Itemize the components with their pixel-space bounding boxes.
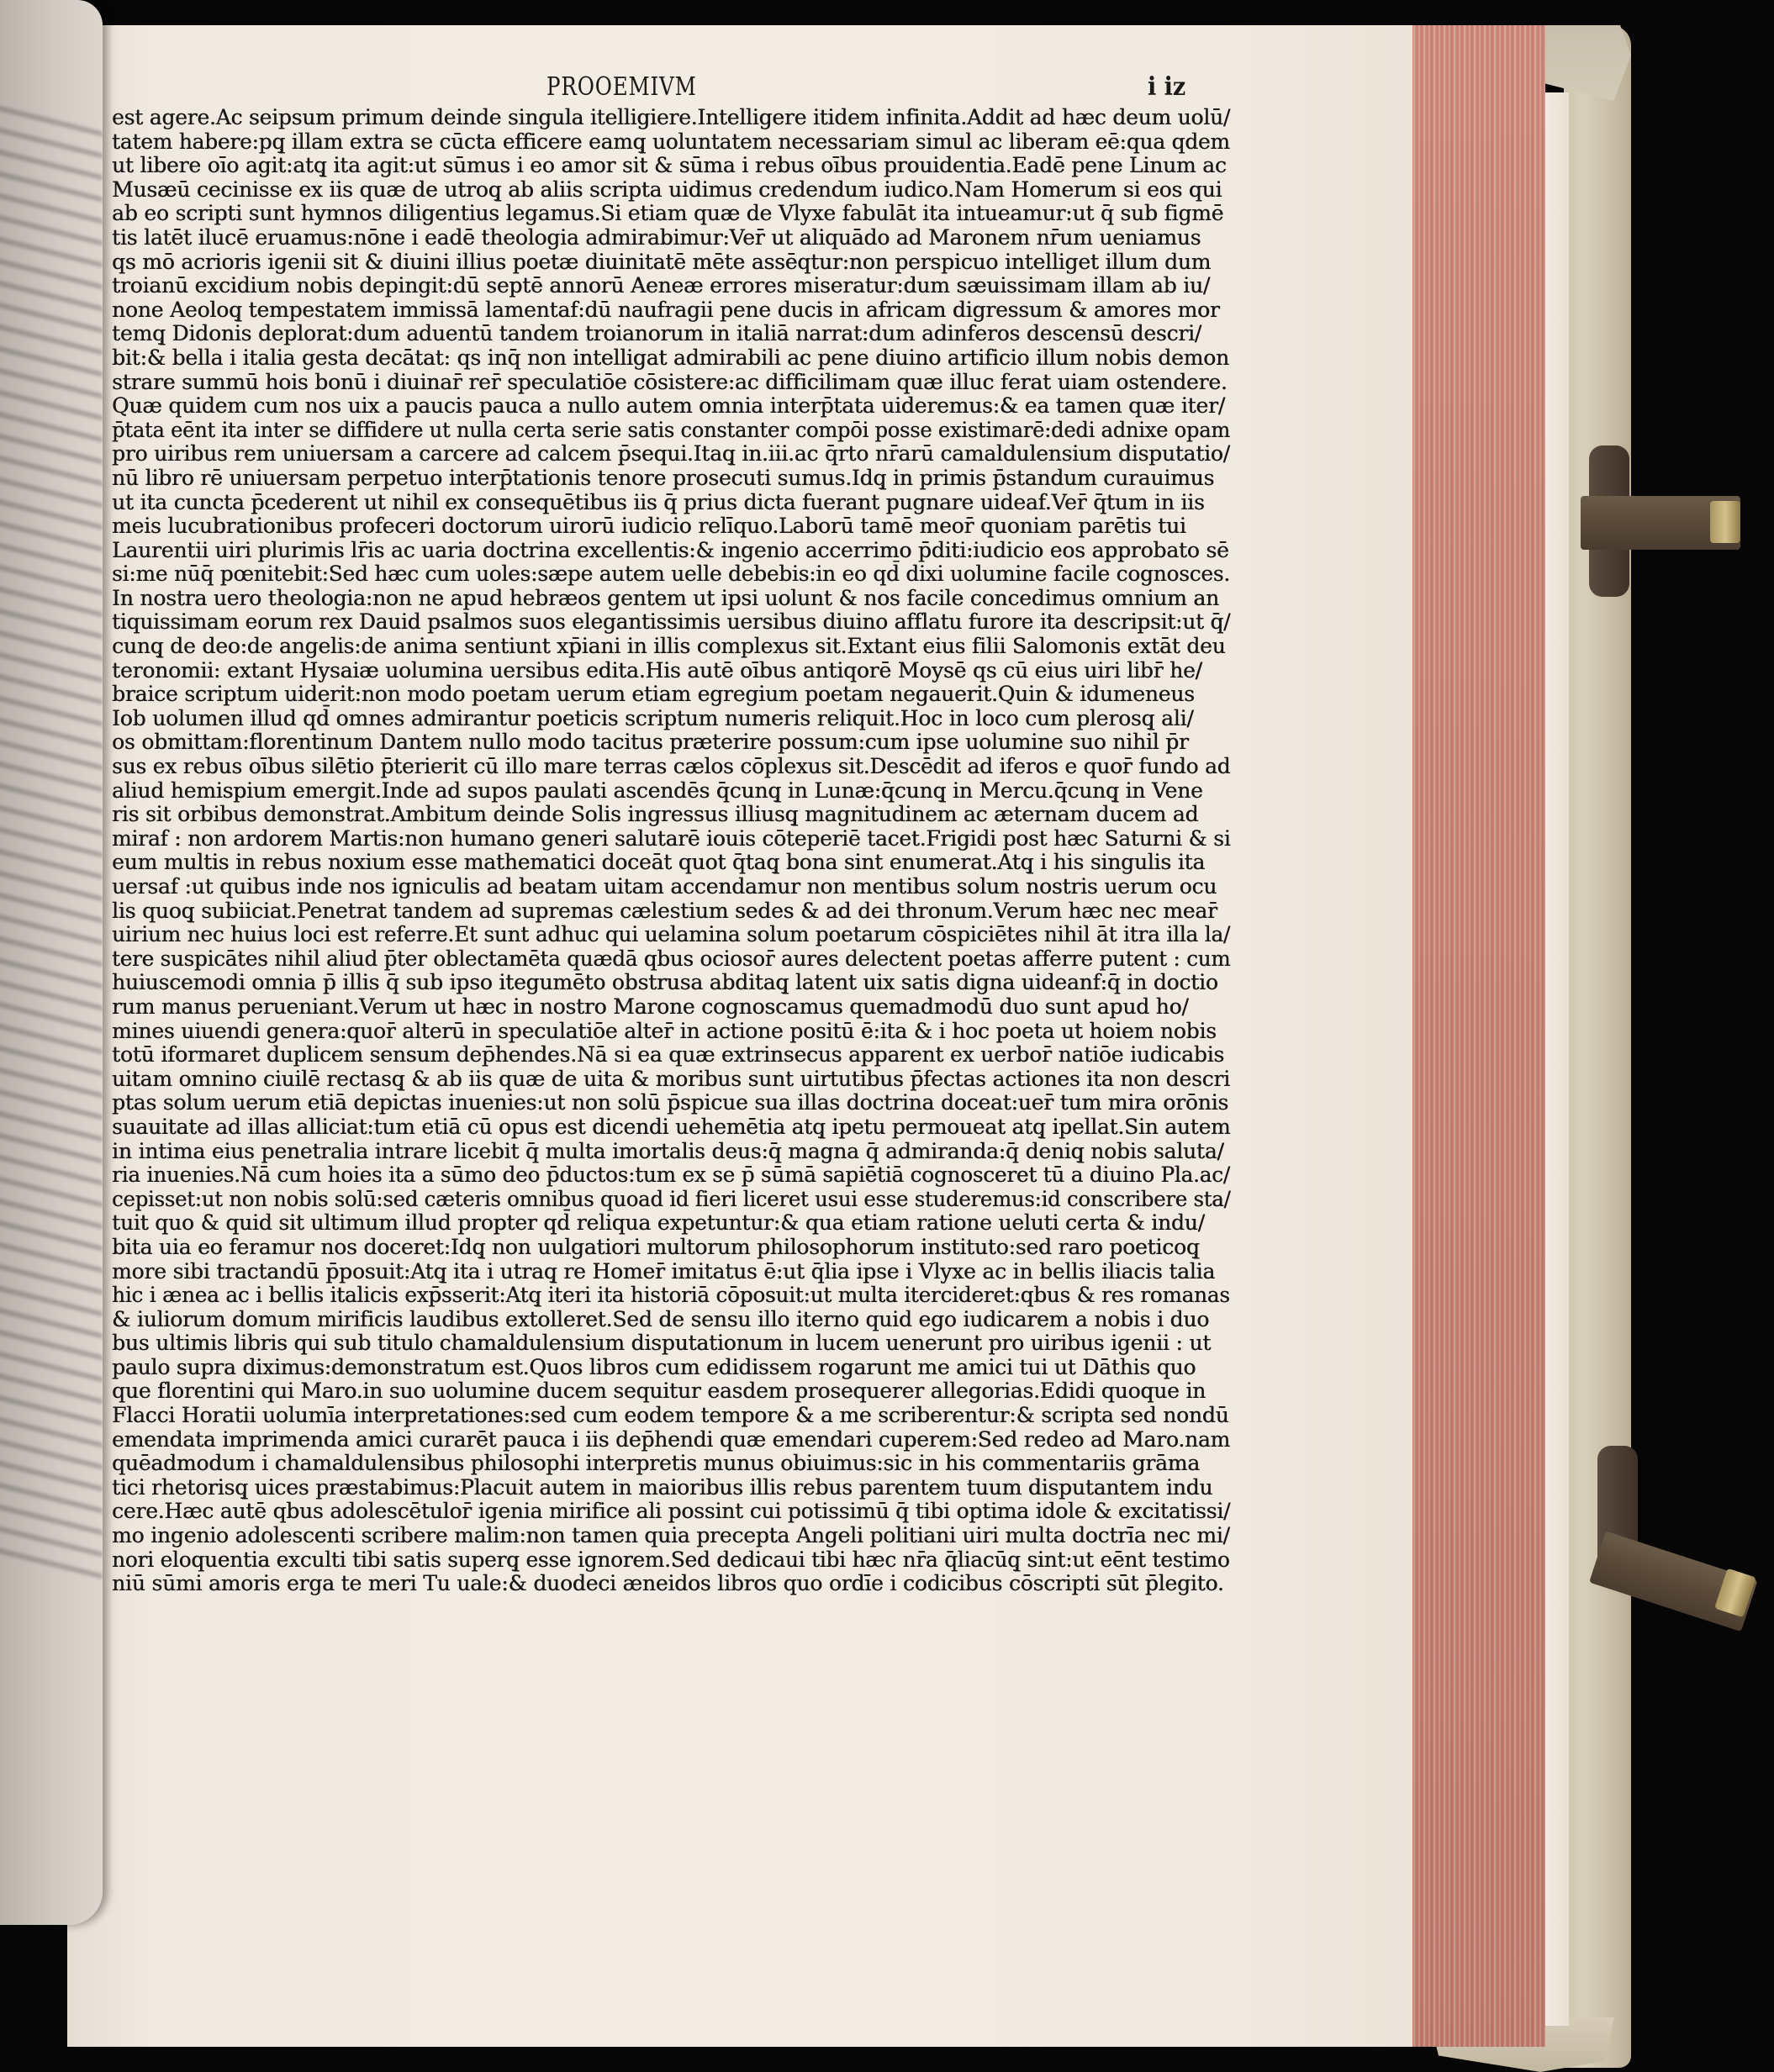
book-scan: PROOEMIVM i iz est agere.Ac seipsum prim… [0, 0, 1774, 2072]
endpaper-edge [1544, 92, 1569, 2026]
text-line: Iob uolumen illud qd̄ omnes admirantur p… [112, 707, 1230, 731]
text-line: si:me nūq̄ pœnitebit:Sed hæc cum uoles:s… [112, 562, 1220, 587]
text-line: teronomii: extant Hysaiæ uolumina uersib… [112, 659, 1230, 683]
text-line: braice scriptum uiderit:non modo poetam … [112, 683, 1230, 707]
text-line: tici rhetorisq̧ uices præstabimus:Placui… [112, 1476, 1230, 1500]
text-line: tis latēt ilucē eruamus:nōne i eadē theo… [112, 226, 1230, 250]
text-line: p̄tata eēnt ita inter se diffidere ut nu… [112, 419, 1189, 443]
text-line: eum multis in rebus noxium esse mathemat… [112, 851, 1230, 875]
text-line: que florentini qui Maro.in suo uolumine … [112, 1379, 1230, 1404]
text-line: paulo supra diximus:demonstratum est.Quo… [112, 1356, 1230, 1380]
text-line: uersaf :ut quibus inde nos igniculis ad … [112, 875, 1230, 899]
clasp-brass-catch [1710, 501, 1740, 543]
text-line: cunq̧ de deo:de angelis:de anima sentiun… [112, 635, 1230, 659]
red-stained-fore-edge [1406, 25, 1545, 2047]
text-line: nū libro rē uniuersam perpetuo interp̄ta… [112, 467, 1230, 491]
text-line: miraf : non ardorem Martis:non humano ge… [112, 827, 1224, 851]
text-line: niū sūmi amoris erga te meri Tu uale:& d… [112, 1572, 1230, 1596]
text-line: rum manus perueniant.Verum ut hæc in nos… [112, 995, 1230, 1020]
running-head-title: PROOEMIVM [546, 72, 697, 102]
text-line: tatem habere:pq̧ illam extra se cūcta ef… [112, 130, 1222, 155]
folio-number: i iz [1148, 72, 1185, 102]
text-line: ris sit orbibus demonstrat.Ambitum deind… [112, 803, 1230, 827]
running-head: PROOEMIVM i iz [67, 72, 1412, 106]
text-line: uirium nec huius loci est referre.Et sun… [112, 923, 1219, 947]
text-line: cere.Hæc autē qbus adolescētulor̄ igenia… [112, 1500, 1228, 1524]
text-line: tiquissimam eorum rex Dauid psalmos suos… [112, 610, 1222, 635]
text-line: tere suspicātes nihil aliud p̄ter oblect… [112, 947, 1210, 972]
text-line: ptas solum uerum etiā depictas inuenies:… [112, 1091, 1230, 1115]
text-line: nori eloquentia exculti tibi satis super… [112, 1548, 1218, 1573]
text-line: mines uiuendi genera:quor̄ alterū in spe… [112, 1020, 1230, 1044]
text-line: totū iformaret duplicem sensum dep̄hende… [112, 1043, 1230, 1068]
text-line: os obmittam:florentinum Dantem nullo mod… [112, 730, 1230, 755]
text-line: lis quoq̧ subiiciat.Penetrat tandem ad s… [112, 899, 1230, 924]
text-line: quēadmodum i chamaldulensibus philosophi… [112, 1452, 1230, 1476]
text-line: qs mō acrioris igenii sit & diuini illiu… [112, 250, 1230, 275]
text-line: none Aeoloq̧ tempestatem immissā lamenta… [112, 298, 1230, 323]
text-line: meis lucubrationibus profeceri doctorum … [112, 514, 1230, 539]
text-line: uitam omnino ciuilē rectasq̧ & ab iis qu… [112, 1068, 1229, 1092]
clasp-top [1581, 446, 1749, 614]
text-line: Laurentii uiri plurimis lr̄is ac uaria d… [112, 539, 1230, 563]
text-line: in intima eius penetralia intrare licebi… [112, 1140, 1230, 1164]
text-line: In nostra uero theologia:non ne apud heb… [112, 587, 1230, 611]
text-line: bus ultimis libris qui sub titulo chamal… [112, 1331, 1230, 1356]
text-line: Quæ quidem cum nos uix a paucis pauca a … [112, 394, 1230, 419]
verso-page-curled [0, 0, 103, 1925]
text-line: Flacci Horatii uolumīa interpretationes:… [112, 1404, 1230, 1428]
text-line: suauitate ad illas alliciat:tum etiā cū … [112, 1115, 1225, 1140]
text-line: cepisset:ut non nobis solū:sed cæteris o… [112, 1188, 1197, 1212]
text-line: strare summū hois bonū i diuinar̄ rer̄ s… [112, 371, 1230, 395]
text-line: & iuliorum domum mirificis laudibus exto… [112, 1308, 1230, 1332]
text-line: temq̧ Didonis deplorat:dum aduentū tande… [112, 322, 1230, 346]
text-line: ut ita cuncta p̄cederent ut nihil ex con… [112, 491, 1230, 515]
text-line: Musæū cecinisse ex iis quæ de utroq̧ ab … [112, 178, 1230, 203]
text-line: emendata imprimenda amici curarēt pauca … [112, 1428, 1228, 1453]
text-line: aliud hemispium emergit.Inde ad supos pa… [112, 779, 1230, 804]
text-line: pro uiribus rem uniuersam a carcere ad c… [112, 442, 1228, 467]
text-line: est agere.Ac seipsum primum deinde singu… [112, 106, 1227, 130]
text-line: mo ingenio adolescenti scribere malim:no… [112, 1524, 1230, 1548]
text-line: ut libere oīo agit:atq̧ ita agit:ut sūmu… [112, 154, 1230, 178]
text-line: ab eo scripti sunt hymnos diligentius le… [112, 202, 1230, 226]
text-line: ria inuenies.Nā cum hoies ita a sūmo deo… [112, 1163, 1215, 1188]
text-line: troianū excidium nobis depingit:dū septē… [112, 274, 1230, 298]
clasp-bottom [1589, 1446, 1757, 1648]
text-line: sus ex rebus oībus silētio p̄terierit cū… [112, 755, 1223, 779]
body-text: est agere.Ac seipsum primum deinde singu… [112, 106, 1230, 1596]
text-line: tuit quo & quid sit ultimum illud propte… [112, 1211, 1230, 1236]
text-line: huiuscemodi omnia p̄ illis q̄ sub ipso i… [112, 971, 1230, 995]
text-line: hic i ænea ac i bellis italicis exp̄sser… [112, 1284, 1215, 1308]
text-line: bita uia eo feramur nos doceret:Idq̧ non… [112, 1236, 1230, 1260]
text-line: bit:& bella i italia gesta decātat: qs i… [112, 346, 1230, 371]
vellum-binding [1564, 25, 1631, 2068]
text-line: more sibi tractandū p̄posuit:Atq̧ ita i … [112, 1260, 1230, 1284]
